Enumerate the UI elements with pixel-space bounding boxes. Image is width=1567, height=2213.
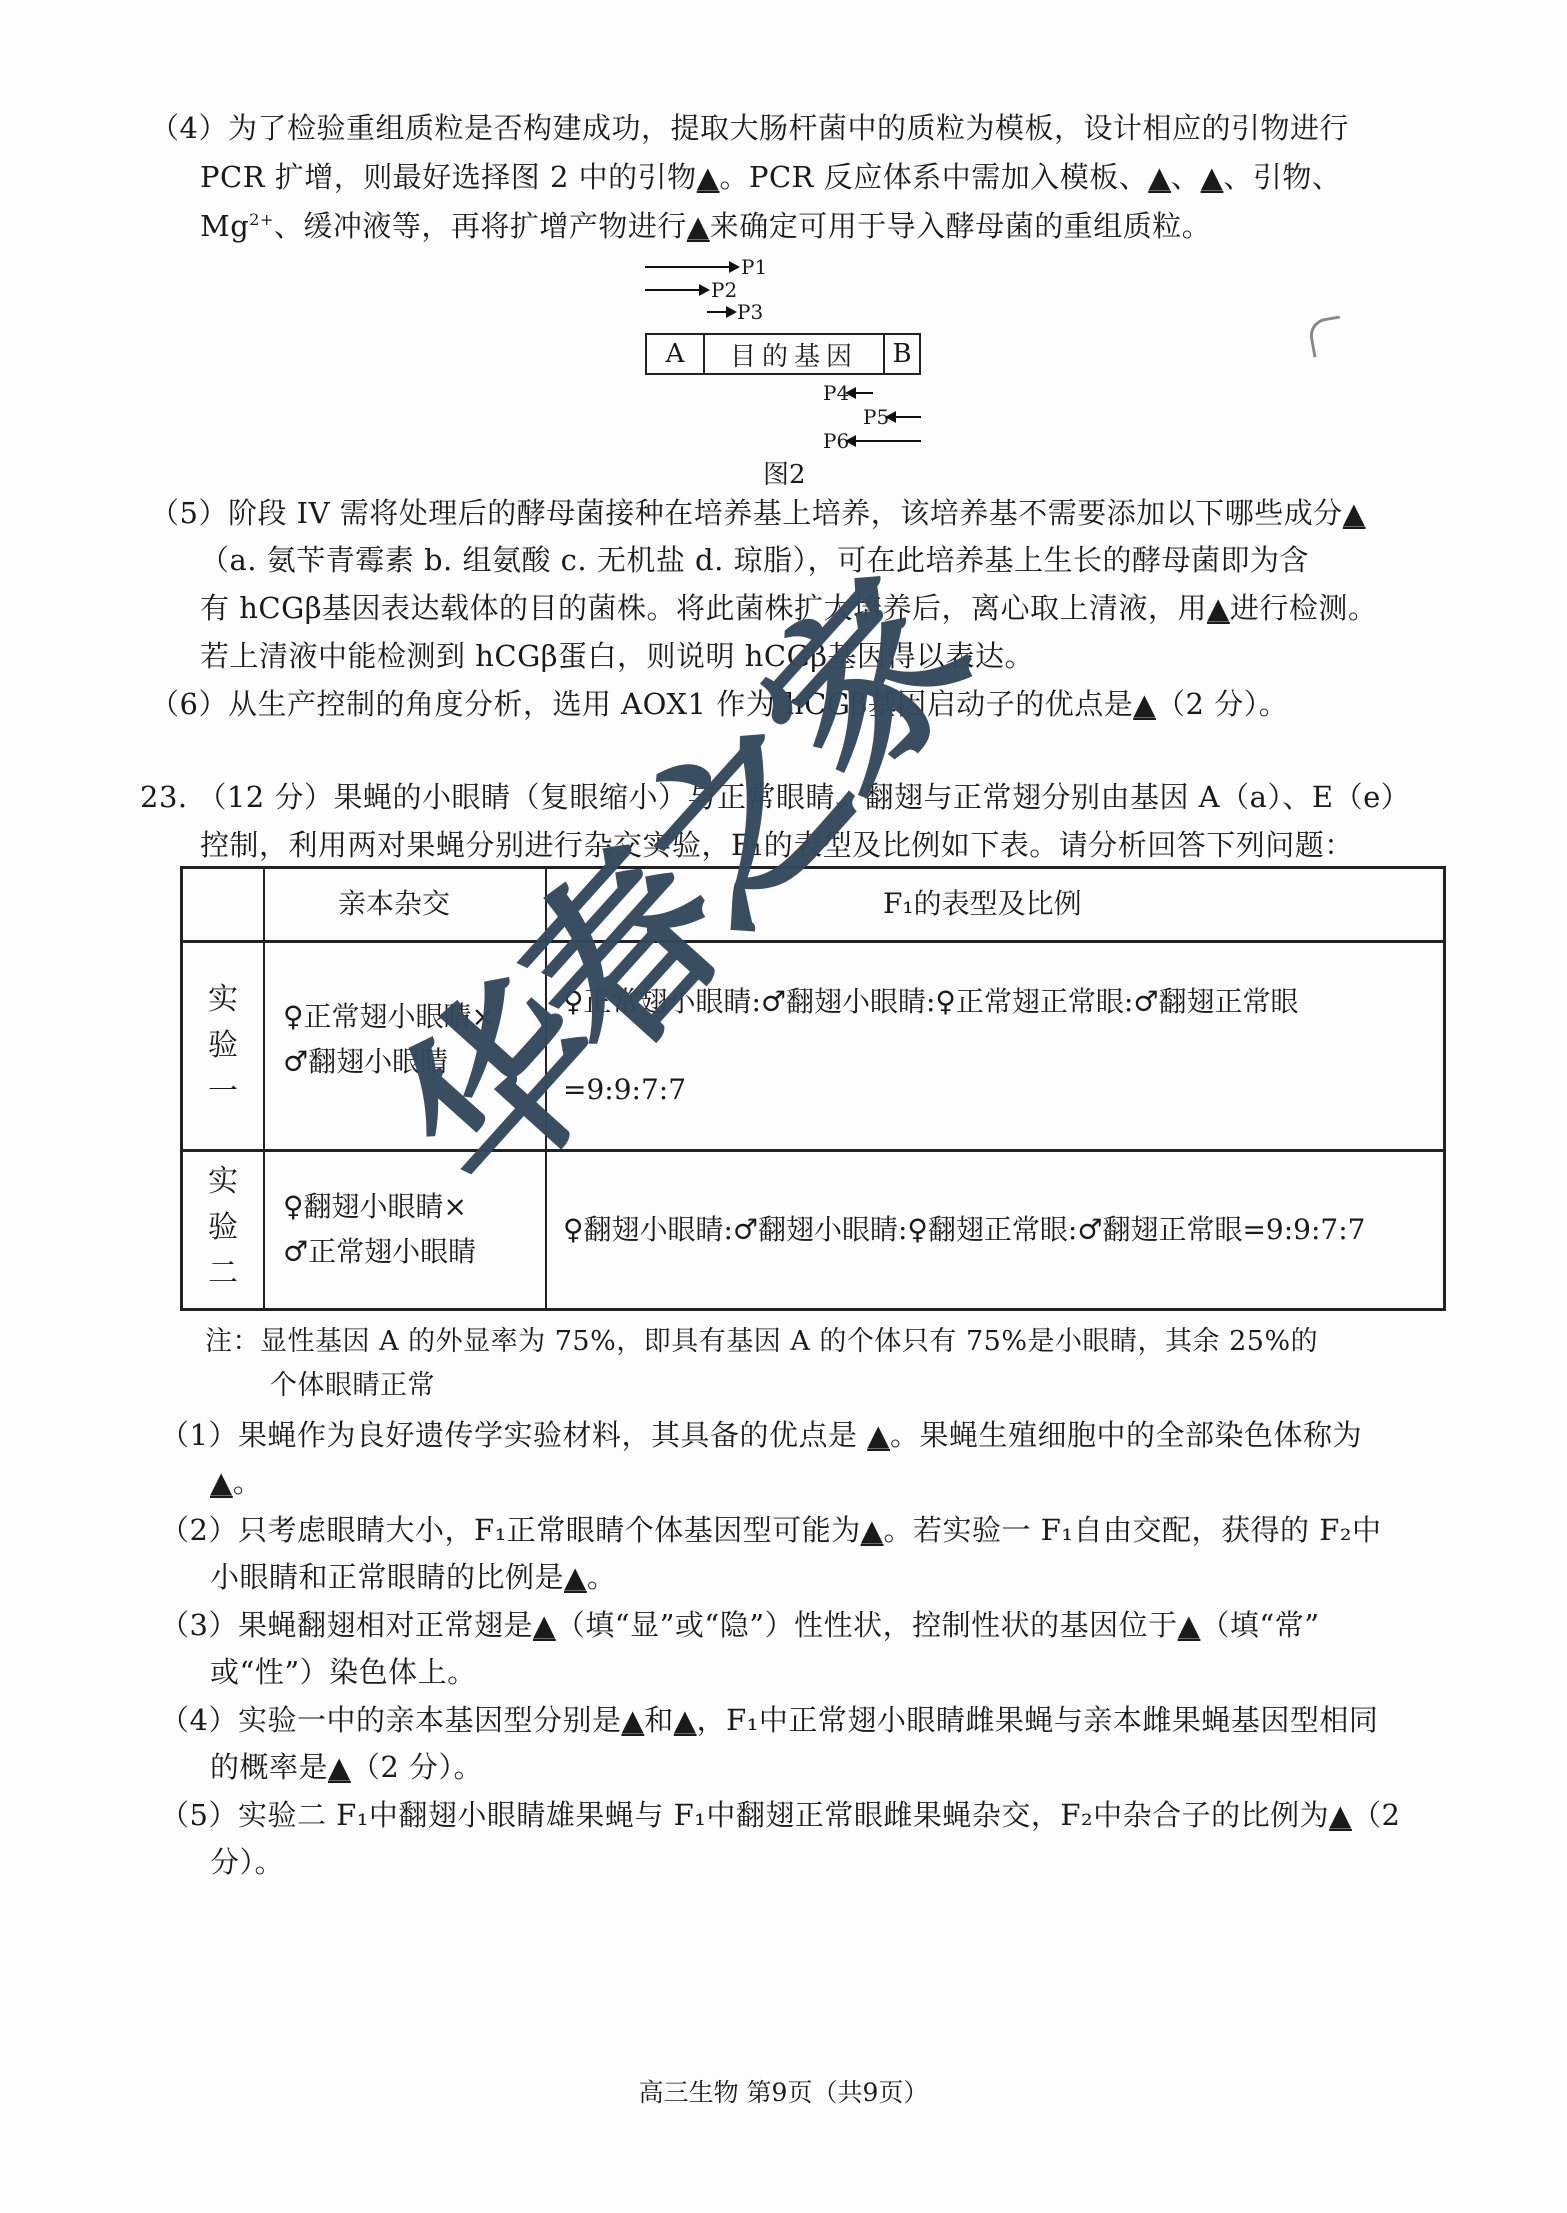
- q23-4-line2: 的概率是▲（2 分）。: [210, 1747, 483, 1787]
- table-row-label: 实验一: [203, 977, 243, 1115]
- exam-page: （4）为了检验重组质粒是否构建成功，提取大肠杆菌中的质粒为模板，设计相应的引物进…: [0, 0, 1567, 2213]
- primer-arrow-right: [707, 311, 735, 313]
- primer-arrow-left: [847, 440, 921, 442]
- q22-5-line3: 有 hCGβ基因表达载体的目的菌株。将此菌株扩大培养后，离心取上清液，用▲进行检…: [200, 588, 1377, 628]
- table-header-f1: F₁的表型及比例: [883, 881, 1082, 927]
- answer-blank[interactable]: ▲: [1343, 496, 1366, 530]
- primer-label: P1: [741, 256, 767, 278]
- primer-arrow-right: [645, 289, 708, 291]
- page-footer: 高三生物 第9页（共9页）: [0, 2073, 1567, 2109]
- answer-blank[interactable]: ▲: [210, 1465, 233, 1499]
- text: 注：显性基因 A 的外显率为 75%，即具有基因 A 的个体只有 75%是小眼睛…: [205, 1326, 1318, 1357]
- answer-blank[interactable]: ▲: [867, 1418, 890, 1452]
- answer-blank[interactable]: ▲: [533, 1608, 556, 1642]
- text: （2: [1352, 1798, 1400, 1832]
- text: （填“显”或“隐”）性性状，控制性状的基因位于: [556, 1608, 1178, 1642]
- q22-5-line1: （5）阶段 IV 需将处理后的酵母菌接种在培养基上培养，该培养基不需要添加以下哪…: [150, 493, 1366, 533]
- text: Mg: [200, 209, 249, 243]
- text: 有 hCGβ基因表达载体的目的菌株。将此菌株扩大培养后，离心取上清液，用: [200, 591, 1207, 625]
- table-divider: [183, 1149, 1443, 1152]
- text: （6）从生产控制的角度分析，选用 AOX1 作为 hCGβ基因启动子的优点是: [150, 687, 1133, 721]
- q23-1-line2: ▲。: [210, 1462, 262, 1502]
- table-cell-cross: ♂正常翅小眼睛: [283, 1229, 476, 1275]
- q23-intro-line1: 23. （12 分）果蝇的小眼睛（复眼缩小）与正常眼睛、翻翅与正常翅分别由基因 …: [140, 777, 1410, 817]
- answer-blank[interactable]: ▲: [1148, 160, 1171, 194]
- text: （1）果蝇作为良好遗传学实验材料，其具备的优点是: [160, 1418, 867, 1452]
- results-table: 亲本杂交 F₁的表型及比例 实验一 ♀正常翅小眼睛× ♂翻翅小眼睛 ♀正常翅小眼…: [180, 866, 1446, 1311]
- table-cell-result: ♀正常翅小眼睛:♂翻翅小眼睛:♀正常翅正常眼:♂翻翅正常眼: [563, 979, 1298, 1025]
- text: 的概率是: [210, 1750, 328, 1784]
- table-note-line2: 个体眼睛正常: [270, 1366, 435, 1406]
- text: 分）。: [210, 1845, 284, 1879]
- text: 。果蝇生殖细胞中的全部染色体称为: [890, 1418, 1362, 1452]
- text: 来确定可用于导入酵母菌的重组质粒。: [710, 209, 1212, 243]
- table-divider: [545, 869, 547, 1308]
- answer-blank[interactable]: ▲: [1207, 591, 1230, 625]
- answer-blank[interactable]: ▲: [1201, 160, 1224, 194]
- text: （4）为了检验重组质粒是否构建成功，提取大肠杆菌中的质粒为模板，设计相应的引物进…: [150, 111, 1349, 145]
- table-cell-cross: ♀翻翅小眼睛×: [283, 1184, 467, 1230]
- q22-5-line2: （a. 氨苄青霉素 b. 组氨酸 c. 无机盐 d. 琼脂），可在此培养基上生长…: [200, 540, 1309, 580]
- gene-construct: A 目的基因 B: [645, 333, 921, 375]
- segment-a: A: [647, 335, 705, 373]
- table-row-label: 实验二: [203, 1159, 243, 1297]
- segment-b: B: [885, 335, 919, 373]
- table-cell-result: ♀翻翅小眼睛:♂翻翅小眼睛:♀翻翅正常眼:♂翻翅正常眼=9:9:7:7: [563, 1207, 1365, 1253]
- text: （2 分）。: [351, 1750, 483, 1784]
- table-divider: [263, 869, 265, 1308]
- q23-4-line1: （4）实验一中的亲本基因型分别是▲和▲，F₁中正常翅小眼睛雌果蝇与亲本雌果蝇基因…: [160, 1700, 1378, 1740]
- answer-blank[interactable]: ▲: [564, 1560, 587, 1594]
- text: 个体眼睛正常: [270, 1370, 435, 1401]
- text: 、引物、: [1223, 160, 1341, 194]
- answer-blank[interactable]: ▲: [687, 209, 710, 243]
- q22-4-line1: （4）为了检验重组质粒是否构建成功，提取大肠杆菌中的质粒为模板，设计相应的引物进…: [150, 108, 1349, 148]
- pen-mark: [1307, 315, 1346, 357]
- q23-3-line1: （3）果蝇翻翅相对正常翅是▲（填“显”或“隐”）性性状，控制性状的基因位于▲（填…: [160, 1605, 1320, 1645]
- q23-3-line2: 或“性”）染色体上。: [210, 1652, 477, 1692]
- text: 、缓冲液等，再将扩增产物进行: [274, 209, 687, 243]
- table-cell-cross: ♂翻翅小眼睛: [283, 1039, 448, 1085]
- text: 和: [644, 1703, 674, 1737]
- figure-caption: 图2: [763, 454, 806, 491]
- answer-blank[interactable]: ▲: [697, 160, 720, 194]
- answer-blank[interactable]: ▲: [1178, 1608, 1201, 1642]
- q22-6-line1: （6）从生产控制的角度分析，选用 AOX1 作为 hCGβ基因启动子的优点是▲（…: [150, 684, 1288, 724]
- text: （a. 氨苄青霉素 b. 组氨酸 c. 无机盐 d. 琼脂），可在此培养基上生长…: [200, 543, 1309, 577]
- q22-4-line2: PCR 扩增，则最好选择图 2 中的引物▲。PCR 反应体系中需加入模板、▲、▲…: [200, 157, 1341, 197]
- answer-blank[interactable]: ▲: [674, 1703, 697, 1737]
- answer-blank[interactable]: ▲: [328, 1750, 351, 1784]
- primer-label: P2: [711, 279, 737, 301]
- superscript: 2+: [249, 210, 274, 229]
- text: （2 分）。: [1156, 687, 1288, 721]
- text: 小眼睛和正常眼睛的比例是: [210, 1560, 564, 1594]
- text: PCR 扩增，则最好选择图 2 中的引物: [200, 160, 697, 194]
- q23-2-line2: 小眼睛和正常眼睛的比例是▲。: [210, 1557, 616, 1597]
- answer-blank[interactable]: ▲: [861, 1513, 884, 1547]
- text: （2）只考虑眼睛大小，F₁正常眼睛个体基因型可能为: [160, 1513, 861, 1547]
- text: 或“性”）染色体上。: [210, 1655, 477, 1689]
- primer-arrow-left: [847, 392, 873, 394]
- text: 、: [1171, 160, 1201, 194]
- text: 控制，利用两对果蝇分别进行杂交实验，F₁的表型及比例如下表。请分析回答下列问题：: [200, 828, 1354, 862]
- q23-5-line2: 分）。: [210, 1842, 284, 1882]
- primer-arrow-right: [645, 266, 738, 268]
- primer-label: P3: [737, 301, 763, 323]
- q23-intro-line2: 控制，利用两对果蝇分别进行杂交实验，F₁的表型及比例如下表。请分析回答下列问题：: [200, 825, 1354, 865]
- table-cell-result: =9:9:7:7: [563, 1067, 686, 1113]
- text: ，F₁中正常翅小眼睛雌果蝇与亲本雌果蝇基因型相同: [697, 1703, 1379, 1737]
- figure-2: P1 P2 P3 A 目的基因 B P4 P5 P6 图2: [645, 258, 945, 488]
- text: 。PCR 反应体系中需加入模板、: [719, 160, 1148, 194]
- text: （5）实验二 F₁中翻翅小眼睛雄果蝇与 F₁中翻翅正常眼雌果蝇杂交，F₂中杂合子…: [160, 1798, 1329, 1832]
- answer-blank[interactable]: ▲: [1329, 1798, 1352, 1832]
- table-note-line1: 注：显性基因 A 的外显率为 75%，即具有基因 A 的个体只有 75%是小眼睛…: [205, 1322, 1318, 1362]
- q22-5-line4: 若上清液中能检测到 hCGβ蛋白，则说明 hCGβ基因得以表达。: [200, 636, 1034, 676]
- text: 若上清液中能检测到 hCGβ蛋白，则说明 hCGβ基因得以表达。: [200, 639, 1034, 673]
- text: 23. （12 分）果蝇的小眼睛（复眼缩小）与正常眼睛、翻翅与正常翅分别由基因 …: [140, 780, 1410, 814]
- answer-blank[interactable]: ▲: [1133, 687, 1156, 721]
- q23-2-line1: （2）只考虑眼睛大小，F₁正常眼睛个体基因型可能为▲。若实验一 F₁自由交配，获…: [160, 1510, 1381, 1550]
- q22-4-line3: Mg2+、缓冲液等，再将扩增产物进行▲来确定可用于导入酵母菌的重组质粒。: [200, 206, 1211, 246]
- text: 。: [233, 1465, 263, 1499]
- q23-5-line1: （5）实验二 F₁中翻翅小眼睛雄果蝇与 F₁中翻翅正常眼雌果蝇杂交，F₂中杂合子…: [160, 1795, 1400, 1835]
- table-divider: [183, 940, 1443, 943]
- text: 进行检测。: [1230, 591, 1378, 625]
- answer-blank[interactable]: ▲: [621, 1703, 644, 1737]
- table-header-cross: 亲本杂交: [338, 881, 450, 927]
- q23-1-line1: （1）果蝇作为良好遗传学实验材料，其具备的优点是 ▲。果蝇生殖细胞中的全部染色体…: [160, 1415, 1362, 1455]
- primer-arrow-left: [887, 416, 921, 418]
- text: （填“常”: [1200, 1608, 1319, 1642]
- segment-target-gene: 目的基因: [705, 335, 885, 373]
- text: 。: [587, 1560, 617, 1594]
- text: （4）实验一中的亲本基因型分别是: [160, 1703, 621, 1737]
- text: （3）果蝇翻翅相对正常翅是: [160, 1608, 533, 1642]
- table-cell-cross: ♀正常翅小眼睛×: [283, 994, 495, 1040]
- text: 。若实验一 F₁自由交配，获得的 F₂中: [884, 1513, 1382, 1547]
- text: （5）阶段 IV 需将处理后的酵母菌接种在培养基上培养，该培养基不需要添加以下哪…: [150, 496, 1343, 530]
